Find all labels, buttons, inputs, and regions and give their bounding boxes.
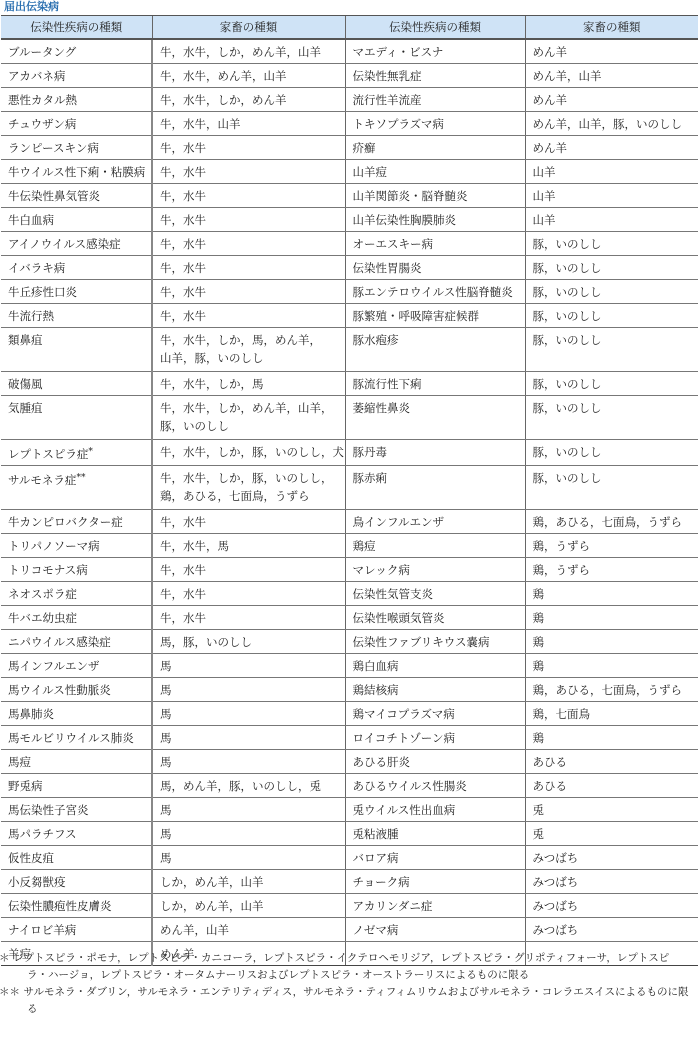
disease-cell: 牛白血病 (1, 208, 152, 232)
disease-name: 伝染性無乳症 (353, 69, 422, 83)
disease-name: 豚流行性下痢 (353, 377, 422, 391)
disease-cell: ニパウイルス感染症 (1, 630, 152, 654)
animal-cell: 牛，水牛 (152, 606, 345, 630)
disease-name: オーエスキー病 (353, 237, 434, 251)
disease-name: 豚丹毒 (353, 445, 388, 459)
animal-cell: 鶏 (525, 630, 698, 654)
disease-cell: 山羊伝染性胸膜肺炎 (345, 208, 525, 232)
table-row: 牛バエ幼虫症牛，水牛伝染性喉頭気管炎鶏 (1, 606, 698, 630)
animal-list: 鶏 (533, 611, 545, 625)
disease-cell: 鶏白血病 (345, 654, 525, 678)
table-row: アイノウイルス感染症牛，水牛オーエスキー病豚，いのしし (1, 232, 698, 256)
animal-cell: 山羊 (525, 184, 698, 208)
table-row: 馬パラチフス馬兎粘液腫兎 (1, 822, 698, 846)
animal-cell: 豚，いのしし (525, 232, 698, 256)
disease-name: 鶏マイコプラズマ病 (353, 707, 455, 721)
disease-cell: 馬モルビリウイルス肺炎 (1, 726, 152, 750)
animal-list: みつばち (533, 851, 579, 865)
animal-list: しか，めん羊，山羊 (160, 875, 264, 889)
table-row: 伝染性膿疱性皮膚炎しか，めん羊，山羊アカリンダニ症みつばち (1, 894, 698, 918)
animal-cell: 牛，水牛，山羊 (152, 112, 345, 136)
animal-cell: 豚，いのしし (525, 256, 698, 280)
disease-cell: 豚赤痢 (345, 466, 525, 510)
header-animal-left: 家畜の種類 (152, 16, 345, 40)
animal-list: 馬 (160, 827, 172, 841)
disease-name: 鶏痘 (353, 539, 376, 553)
animal-list: めん羊，山羊 (160, 923, 229, 937)
animal-cell: 鶏 (525, 726, 698, 750)
animal-list: 鶏 (533, 635, 545, 649)
table-row: 馬インフルエンザ馬鶏白血病鶏 (1, 654, 698, 678)
table-row: 馬痘馬あひる肝炎あひる (1, 750, 698, 774)
disease-cell: ランピースキン病 (1, 136, 152, 160)
animal-list: 牛，水牛，しか，豚，いのしし，犬 (160, 445, 344, 459)
disease-cell: ロイコチトゾーン病 (345, 726, 525, 750)
disease-cell: 鳥インフルエンザ (345, 510, 525, 534)
disease-cell: バロア病 (345, 846, 525, 870)
animal-list: 牛，水牛，しか，豚，いのしし， (160, 471, 333, 485)
disease-name: トキソプラズマ病 (353, 117, 444, 131)
table-title: 届出伝染病 (4, 0, 59, 14)
animal-list-continued: 山羊，豚，いのしし (160, 351, 264, 365)
disease-name: 破傷風 (8, 377, 43, 391)
animal-list: しか，めん羊，山羊 (160, 899, 264, 913)
animal-cell: めん羊 (525, 39, 698, 64)
animal-cell: しか，めん羊，山羊 (152, 894, 345, 918)
table-row: トリパノソーマ病牛，水牛，馬鶏痘鶏，うずら (1, 534, 698, 558)
disease-cell: 豚丹毒 (345, 440, 525, 466)
table-row: レプトスピラ症*牛，水牛，しか，豚，いのしし，犬豚丹毒豚，いのしし (1, 440, 698, 466)
disease-cell: トキソプラズマ病 (345, 112, 525, 136)
animal-list: 牛，水牛 (160, 309, 206, 323)
disease-name: ブルータング (8, 45, 76, 59)
disease-cell: 山羊関節炎・脳脊髄炎 (345, 184, 525, 208)
disease-cell: チュウザン病 (1, 112, 152, 136)
animal-cell: みつばち (525, 846, 698, 870)
animal-list: 牛，水牛 (160, 587, 206, 601)
disease-cell: 伝染性気管支炎 (345, 582, 525, 606)
animal-list: 豚，いのしし (533, 471, 602, 485)
animal-cell: 牛，水牛，しか，めん羊，山羊，豚，いのしし (152, 396, 345, 440)
disease-name: 馬ウイルス性動脈炎 (8, 683, 111, 697)
table-row: 馬鼻肺炎馬鶏マイコプラズマ病鶏，七面鳥 (1, 702, 698, 726)
disease-name: 馬鼻肺炎 (8, 707, 54, 721)
animal-list: めん羊，山羊 (533, 69, 602, 83)
animal-cell: あひる (525, 750, 698, 774)
animal-cell: 山羊 (525, 208, 698, 232)
animal-cell: 牛，水牛 (152, 256, 345, 280)
table-row: 牛ウイルス性下痢・粘膜病牛，水牛山羊痘山羊 (1, 160, 698, 184)
disease-name: あひる肝炎 (353, 755, 411, 769)
disease-name: アイノウイルス感染症 (8, 237, 121, 251)
disease-cell: 馬痘 (1, 750, 152, 774)
disease-cell: 馬伝染性子宮炎 (1, 798, 152, 822)
animal-cell: めん羊 (525, 88, 698, 112)
animal-list: 牛，水牛 (160, 285, 206, 299)
table-row: アカバネ病牛，水牛，めん羊，山羊伝染性無乳症めん羊，山羊 (1, 64, 698, 88)
animal-cell: 山羊 (525, 160, 698, 184)
table-row: ナイロビ羊病めん羊，山羊ノゼマ病みつばち (1, 918, 698, 942)
disease-cell: 鶏結核病 (345, 678, 525, 702)
table-row: ニパウイルス感染症馬，豚，いのしし伝染性ファブリキウス嚢病鶏 (1, 630, 698, 654)
disease-cell: 山羊痘 (345, 160, 525, 184)
animal-cell: 鶏 (525, 654, 698, 678)
disease-cell: ブルータング (1, 39, 152, 64)
disease-cell: あひるウイルス性腸炎 (345, 774, 525, 798)
disease-name: 豚繁殖・呼吸障害症候群 (353, 309, 480, 323)
animal-cell: 兎 (525, 798, 698, 822)
animal-cell: 豚，いのしし (525, 440, 698, 466)
disease-cell: ナイロビ羊病 (1, 918, 152, 942)
disease-name: 気腫疽 (8, 401, 43, 415)
animal-list: 山羊 (533, 189, 556, 203)
disease-name: 牛丘疹性口炎 (8, 285, 77, 299)
animal-cell: 牛，水牛 (152, 510, 345, 534)
disease-cell: オーエスキー病 (345, 232, 525, 256)
table-row: 馬伝染性子宮炎馬兎ウイルス性出血病兎 (1, 798, 698, 822)
disease-name: マレック病 (353, 563, 410, 577)
disease-cell: 牛丘疹性口炎 (1, 280, 152, 304)
disease-name: アカバネ病 (8, 69, 65, 83)
animal-cell: 馬 (152, 750, 345, 774)
disease-name: 伝染性膿疱性皮膚炎 (8, 899, 112, 913)
table-row: 牛伝染性鼻気管炎牛，水牛山羊関節炎・脳脊髄炎山羊 (1, 184, 698, 208)
animal-cell: あひる (525, 774, 698, 798)
table-row: トリコモナス病牛，水牛マレック病鶏，うずら (1, 558, 698, 582)
animal-list: 鶏，あひる，七面鳥，うずら (533, 683, 683, 697)
disease-cell: 鶏痘 (345, 534, 525, 558)
disease-cell: 馬鼻肺炎 (1, 702, 152, 726)
disease-name: 牛ウイルス性下痢・粘膜病 (8, 165, 145, 179)
animal-cell: 豚，いのしし (525, 372, 698, 396)
table-row: 類鼻疽牛，水牛，しか，馬，めん羊，山羊，豚，いのしし豚水疱疹豚，いのしし (1, 328, 698, 372)
animal-list: 豚，いのしし (533, 237, 602, 251)
disease-name: 類鼻疽 (8, 333, 43, 347)
animal-list: みつばち (533, 923, 579, 937)
animal-cell: 牛，水牛，めん羊，山羊 (152, 64, 345, 88)
animal-list: 牛，水牛 (160, 165, 206, 179)
animal-cell: めん羊，山羊 (525, 64, 698, 88)
animal-list: 牛，水牛，しか，馬 (160, 377, 264, 391)
footnote-text: サルモネラ・ダブリン，サルモネラ・エンテリティディス，サルモネラ・ティフィムリウ… (24, 986, 689, 1015)
footnote-salmonella: ＊＊サルモネラ・ダブリン，サルモネラ・エンテリティディス，サルモネラ・ティフィム… (10, 984, 690, 1018)
table-body: ブルータング牛，水牛，しか，めん羊，山羊マエディ・ビスナめん羊アカバネ病牛，水牛… (1, 39, 698, 966)
disease-name: 小反芻獣疫 (8, 875, 66, 889)
animal-cell: 豚，いのしし (525, 280, 698, 304)
notifiable-diseases-table: 伝染性疾病の種類 家畜の種類 伝染性疾病の種類 家畜の種類 ブルータング牛，水牛… (1, 15, 698, 966)
animal-list: 馬 (160, 731, 172, 745)
disease-cell: 仮性皮疽 (1, 846, 152, 870)
disease-name: 流行性羊流産 (353, 93, 422, 107)
animal-list: 牛，水牛 (160, 237, 206, 251)
disease-name: 豚エンテロウイルス性脳脊髄炎 (353, 285, 513, 299)
animal-cell: 牛，水牛 (152, 184, 345, 208)
animal-list: 牛，水牛，山羊 (160, 117, 241, 131)
animal-list: あひる (533, 779, 568, 793)
footnote-text: レプトスピラ・ポモナ，レプトスピラ・カニコーラ，レプトスピラ・イクテロヘモリジア… (13, 952, 669, 981)
disease-cell: 伝染性膿疱性皮膚炎 (1, 894, 152, 918)
animal-list: 豚，いのしし (533, 377, 602, 391)
animal-cell: 牛，水牛，しか，豚，いのしし，犬 (152, 440, 345, 466)
disease-name: ノゼマ病 (353, 923, 399, 937)
animal-cell: 牛，水牛，しか，豚，いのしし，鶏，あひる，七面鳥，うずら (152, 466, 345, 510)
animal-list: 牛，水牛，しか，馬，めん羊， (160, 333, 321, 347)
header-disease-left: 伝染性疾病の種類 (1, 16, 152, 40)
disease-cell: イバラキ病 (1, 256, 152, 280)
table-row: 気腫疽牛，水牛，しか，めん羊，山羊，豚，いのしし萎縮性鼻炎豚，いのしし (1, 396, 698, 440)
animal-cell: 兎 (525, 822, 698, 846)
disease-cell: 類鼻疽 (1, 328, 152, 372)
footnote-reference: * (88, 447, 93, 457)
disease-cell: 馬ウイルス性動脈炎 (1, 678, 152, 702)
animal-list: めん羊，山羊，豚，いのしし (533, 117, 683, 131)
animal-list: めん羊 (533, 45, 568, 59)
animal-list: 鶏 (533, 659, 545, 673)
animal-cell: みつばち (525, 870, 698, 894)
disease-name: 馬痘 (8, 755, 31, 769)
animal-list: 豚，いのしし (533, 309, 602, 323)
animal-list: 鶏，うずら (533, 539, 591, 553)
animal-list: 牛，水牛 (160, 141, 206, 155)
disease-name: チョーク病 (353, 875, 410, 889)
disease-name: 伝染性喉頭気管炎 (353, 611, 445, 625)
disease-cell: 牛バエ幼虫症 (1, 606, 152, 630)
disease-name: 疥癬 (353, 141, 376, 155)
disease-name: アカリンダニ症 (353, 899, 433, 913)
table-header-row: 伝染性疾病の種類 家畜の種類 伝染性疾病の種類 家畜の種類 (1, 16, 698, 40)
disease-name: 野兎病 (8, 779, 43, 793)
animal-list: 山羊 (533, 213, 556, 227)
animal-list: 鶏，うずら (533, 563, 591, 577)
disease-cell: 鶏マイコプラズマ病 (345, 702, 525, 726)
disease-name: 伝染性気管支炎 (353, 587, 434, 601)
animal-cell: 牛，水牛 (152, 280, 345, 304)
disease-name: 兎ウイルス性出血病 (353, 803, 456, 817)
disease-name: トリコモナス病 (8, 563, 88, 577)
animal-list-continued: 鶏，あひる，七面鳥，うずら (160, 489, 310, 503)
animal-list: 牛，水牛 (160, 515, 206, 529)
table-row: 小反芻獣疫しか，めん羊，山羊チョーク病みつばち (1, 870, 698, 894)
disease-cell: 豚水疱疹 (345, 328, 525, 372)
animal-cell: 馬，めん羊，豚，いのしし，兎 (152, 774, 345, 798)
animal-list: 牛，水牛，しか，めん羊，山羊， (160, 401, 333, 415)
animal-list: 馬 (160, 707, 172, 721)
table-row: 牛白血病牛，水牛山羊伝染性胸膜肺炎山羊 (1, 208, 698, 232)
animal-cell: 牛，水牛 (152, 304, 345, 328)
disease-name: 牛伝染性鼻気管炎 (8, 189, 100, 203)
disease-cell: サルモネラ症** (1, 466, 152, 510)
footnote-reference: ** (76, 473, 85, 483)
disease-name: 豚水疱疹 (353, 333, 399, 347)
disease-cell: 兎粘液腫 (345, 822, 525, 846)
animal-cell: 鶏，あひる，七面鳥，うずら (525, 678, 698, 702)
animal-list: 鶏，七面鳥 (533, 707, 591, 721)
animal-list: 鶏，あひる，七面鳥，うずら (533, 515, 683, 529)
disease-cell: 兎ウイルス性出血病 (345, 798, 525, 822)
disease-cell: アカリンダニ症 (345, 894, 525, 918)
disease-name: レプトスピラ症 (8, 447, 88, 461)
animal-list: 牛，水牛 (160, 611, 206, 625)
disease-cell: 牛流行熱 (1, 304, 152, 328)
disease-name: 仮性皮疽 (8, 851, 54, 865)
animal-list: 鶏 (533, 731, 545, 745)
animal-list: あひる (533, 755, 568, 769)
animal-cell: 牛，水牛 (152, 208, 345, 232)
table-row: 馬ウイルス性動脈炎馬鶏結核病鶏，あひる，七面鳥，うずら (1, 678, 698, 702)
disease-cell: 破傷風 (1, 372, 152, 396)
disease-cell: あひる肝炎 (345, 750, 525, 774)
animal-list: 豚，いのしし (533, 401, 602, 415)
animal-list: 豚，いのしし (533, 261, 602, 275)
disease-name: イバラキ病 (8, 261, 65, 275)
disease-name: 山羊関節炎・脳脊髄炎 (353, 189, 468, 203)
table-row: 馬モルビリウイルス肺炎馬ロイコチトゾーン病鶏 (1, 726, 698, 750)
animal-list: 牛，水牛 (160, 213, 206, 227)
animal-list: 牛，水牛 (160, 261, 206, 275)
disease-cell: 牛伝染性鼻気管炎 (1, 184, 152, 208)
animal-cell: 馬 (152, 846, 345, 870)
disease-name: 伝染性ファブリキウス嚢病 (353, 635, 490, 649)
animal-cell: 馬 (152, 678, 345, 702)
disease-name: トリパノソーマ病 (8, 539, 100, 553)
animal-list: 馬，めん羊，豚，いのしし，兎 (160, 779, 321, 793)
animal-list: みつばち (533, 875, 579, 889)
disease-name: 萎縮性鼻炎 (353, 401, 411, 415)
animal-cell: 鶏，うずら (525, 558, 698, 582)
disease-cell: 牛カンピロバクター症 (1, 510, 152, 534)
disease-name: 悪性カタル熱 (8, 93, 77, 107)
animal-list: 兎 (533, 827, 545, 841)
disease-name: 牛カンピロバクター症 (8, 515, 123, 529)
animal-cell: しか，めん羊，山羊 (152, 870, 345, 894)
disease-cell: アカバネ病 (1, 64, 152, 88)
disease-name: 馬インフルエンザ (8, 659, 100, 673)
disease-name: 伝染性胃腸炎 (353, 261, 422, 275)
table-row: ランピースキン病牛，水牛疥癬めん羊 (1, 136, 698, 160)
disease-cell: 気腫疽 (1, 396, 152, 440)
table-row: 悪性カタル熱牛，水牛，しか，めん羊流行性羊流産めん羊 (1, 88, 698, 112)
disease-name: ランピースキン病 (8, 141, 99, 155)
animal-cell: 牛，水牛 (152, 558, 345, 582)
animal-list: 豚，いのしし (533, 445, 602, 459)
animal-cell: 馬 (152, 702, 345, 726)
disease-name: 牛白血病 (8, 213, 54, 227)
disease-name: 鳥インフルエンザ (353, 515, 445, 529)
disease-name: 鶏結核病 (353, 683, 399, 697)
disease-name: ナイロビ羊病 (8, 923, 76, 937)
table-row: サルモネラ症**牛，水牛，しか，豚，いのしし，鶏，あひる，七面鳥，うずら豚赤痢豚… (1, 466, 698, 510)
animal-cell: 馬 (152, 798, 345, 822)
table-row: 仮性皮疽馬バロア病みつばち (1, 846, 698, 870)
disease-cell: 伝染性胃腸炎 (345, 256, 525, 280)
header-disease-right: 伝染性疾病の種類 (345, 16, 525, 40)
disease-cell: 流行性羊流産 (345, 88, 525, 112)
animal-list: 牛，水牛，しか，めん羊 (160, 93, 287, 107)
disease-name: 牛バエ幼虫症 (8, 611, 77, 625)
disease-name: ネオスポラ症 (8, 587, 77, 601)
animal-list: 兎 (533, 803, 545, 817)
animal-cell: 鶏，あひる，七面鳥，うずら (525, 510, 698, 534)
disease-name: 馬伝染性子宮炎 (8, 803, 89, 817)
table-row: 牛丘疹性口炎牛，水牛豚エンテロウイルス性脳脊髄炎豚，いのしし (1, 280, 698, 304)
animal-list: 鶏 (533, 587, 545, 601)
disease-cell: 伝染性無乳症 (345, 64, 525, 88)
animal-cell: 馬，豚，いのしし (152, 630, 345, 654)
disease-cell: マエディ・ビスナ (345, 39, 525, 64)
disease-name: あひるウイルス性腸炎 (353, 779, 467, 793)
disease-name: 鶏白血病 (353, 659, 399, 673)
disease-cell: 小反芻獣疫 (1, 870, 152, 894)
animal-cell: みつばち (525, 918, 698, 942)
disease-cell: マレック病 (345, 558, 525, 582)
disease-cell: 伝染性喉頭気管炎 (345, 606, 525, 630)
animal-cell: 豚，いのしし (525, 396, 698, 440)
animal-cell: 牛，水牛 (152, 232, 345, 256)
table-row: ブルータング牛，水牛，しか，めん羊，山羊マエディ・ビスナめん羊 (1, 39, 698, 64)
animal-list: 馬 (160, 851, 172, 865)
animal-cell: 牛，水牛 (152, 160, 345, 184)
table-row: イバラキ病牛，水牛伝染性胃腸炎豚，いのしし (1, 256, 698, 280)
animal-cell: 鶏，うずら (525, 534, 698, 558)
animal-list: 馬 (160, 659, 172, 673)
animal-list: 馬，豚，いのしし (160, 635, 252, 649)
animal-cell: 牛，水牛，しか，めん羊，山羊 (152, 39, 345, 64)
animal-cell: 牛，水牛 (152, 582, 345, 606)
animal-cell: 牛，水牛，しか，馬，めん羊，山羊，豚，いのしし (152, 328, 345, 372)
animal-list: みつばち (533, 899, 579, 913)
animal-list: 牛，水牛 (160, 189, 206, 203)
animal-cell: 豚，いのしし (525, 304, 698, 328)
table-row: 破傷風牛，水牛，しか，馬豚流行性下痢豚，いのしし (1, 372, 698, 396)
animal-list: 馬 (160, 755, 172, 769)
animal-cell: 鶏，七面鳥 (525, 702, 698, 726)
animal-cell: 馬 (152, 654, 345, 678)
disease-name: 山羊伝染性胸膜肺炎 (353, 213, 457, 227)
disease-name: 馬パラチフス (8, 827, 77, 841)
animal-cell: 牛，水牛 (152, 136, 345, 160)
animal-cell: 鶏 (525, 582, 698, 606)
disease-cell: トリパノソーマ病 (1, 534, 152, 558)
disease-cell: アイノウイルス感染症 (1, 232, 152, 256)
animal-list: 牛，水牛，馬 (160, 539, 229, 553)
header-animal-right: 家畜の種類 (525, 16, 698, 40)
disease-cell: ネオスポラ症 (1, 582, 152, 606)
disease-cell: 馬パラチフス (1, 822, 152, 846)
disease-name: 豚赤痢 (353, 471, 388, 485)
animal-list: 豚，いのしし (533, 333, 602, 347)
disease-cell: 伝染性ファブリキウス嚢病 (345, 630, 525, 654)
animal-list: 牛，水牛，めん羊，山羊 (160, 69, 287, 83)
disease-name: バロア病 (353, 851, 399, 865)
disease-cell: 野兎病 (1, 774, 152, 798)
disease-name: マエディ・ビスナ (353, 45, 444, 59)
animal-list: 牛，水牛，しか，めん羊，山羊 (160, 45, 321, 59)
disease-name: 兎粘液腫 (353, 827, 399, 841)
disease-cell: 馬インフルエンザ (1, 654, 152, 678)
animal-cell: 馬 (152, 822, 345, 846)
animal-cell: めん羊，山羊，豚，いのしし (525, 112, 698, 136)
footnote-leptospira: ＊レプトスピラ・ポモナ，レプトスピラ・カニコーラ，レプトスピラ・イクテロヘモリジ… (10, 950, 690, 984)
animal-list: 豚，いのしし (533, 285, 602, 299)
disease-cell: 豚エンテロウイルス性脳脊髄炎 (345, 280, 525, 304)
animal-list: 山羊 (533, 165, 556, 179)
disease-name: サルモネラ症 (8, 473, 76, 487)
disease-name: ニパウイルス感染症 (8, 635, 111, 649)
animal-cell: 馬 (152, 726, 345, 750)
disease-name: チュウザン病 (8, 117, 76, 131)
disease-cell: トリコモナス病 (1, 558, 152, 582)
disease-cell: 悪性カタル熱 (1, 88, 152, 112)
